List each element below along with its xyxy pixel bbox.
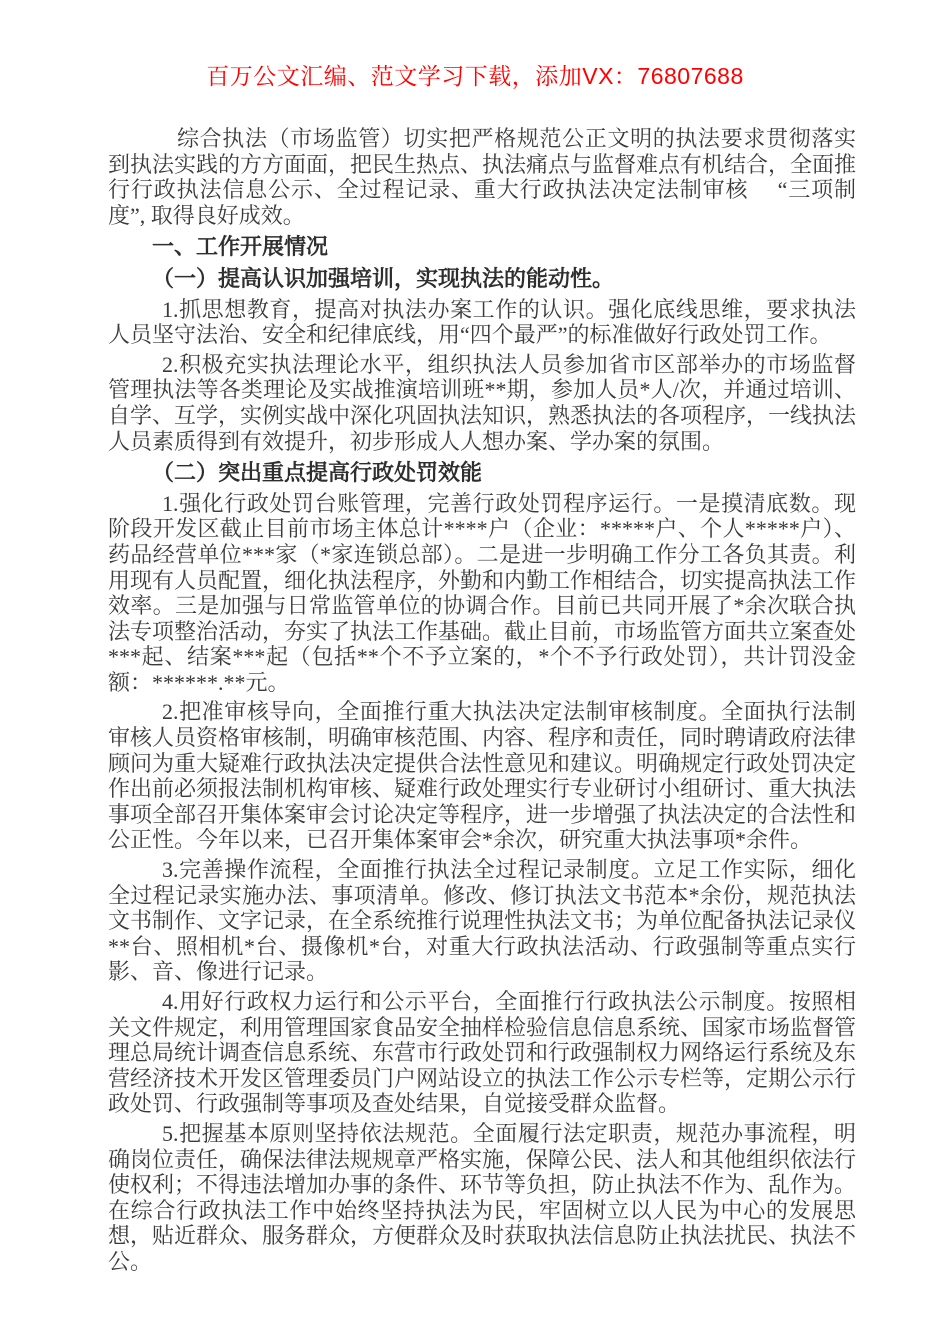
promo-header-text: 百万公文汇编、范文学习下载，添加VX：76807688 bbox=[0, 0, 950, 89]
doc-paragraph: 5.把握基本原则坚持依法规范。全面履行法定职责，规范办事流程，明确岗位责任，确保… bbox=[108, 1121, 856, 1275]
doc-heading: 一、工作开展情况 bbox=[108, 234, 856, 260]
doc-heading: （二）突出重点提高行政处罚效能 bbox=[108, 460, 856, 486]
doc-paragraph: 3.完善操作流程，全面推行执法全过程记录制度。立足工作实际，细化全过程记录实施办… bbox=[108, 857, 856, 985]
doc-paragraph: 综合执法（市场监管）切实把严格规范公正文明的执法要求贯彻落实到执法实践的方方面面… bbox=[108, 126, 856, 228]
doc-paragraph: 4.用好行政权力运行和公示平台，全面推行行政执法公示制度。按照相关文件规定，利用… bbox=[108, 989, 856, 1117]
doc-paragraph: 2.积极充实执法理论水平，组织执法人员参加省市区部举办的市场监督管理执法等各类理… bbox=[108, 352, 856, 454]
doc-paragraph: 1.抓思想教育，提高对执法办案工作的认识。强化底线思维，要求执法人员坚守法治、安… bbox=[108, 297, 856, 348]
doc-heading: （一）提高认识加强培训，实现执法的能动性。 bbox=[108, 266, 856, 292]
doc-paragraph: 1.强化行政处罚台账管理，完善行政处罚程序运行。一是摸清底数。现阶段开发区截止目… bbox=[108, 491, 856, 696]
document-body: 综合执法（市场监管）切实把严格规范公正文明的执法要求贯彻落实到执法实践的方方面面… bbox=[108, 126, 856, 1275]
document-page: 百万公文汇编、范文学习下载，添加VX：76807688 综合执法（市场监管）切实… bbox=[0, 0, 950, 1344]
doc-paragraph: 2.把准审核导向，全面推行重大执法决定法制审核制度。全面执行法制审核人员资格审核… bbox=[108, 699, 856, 853]
